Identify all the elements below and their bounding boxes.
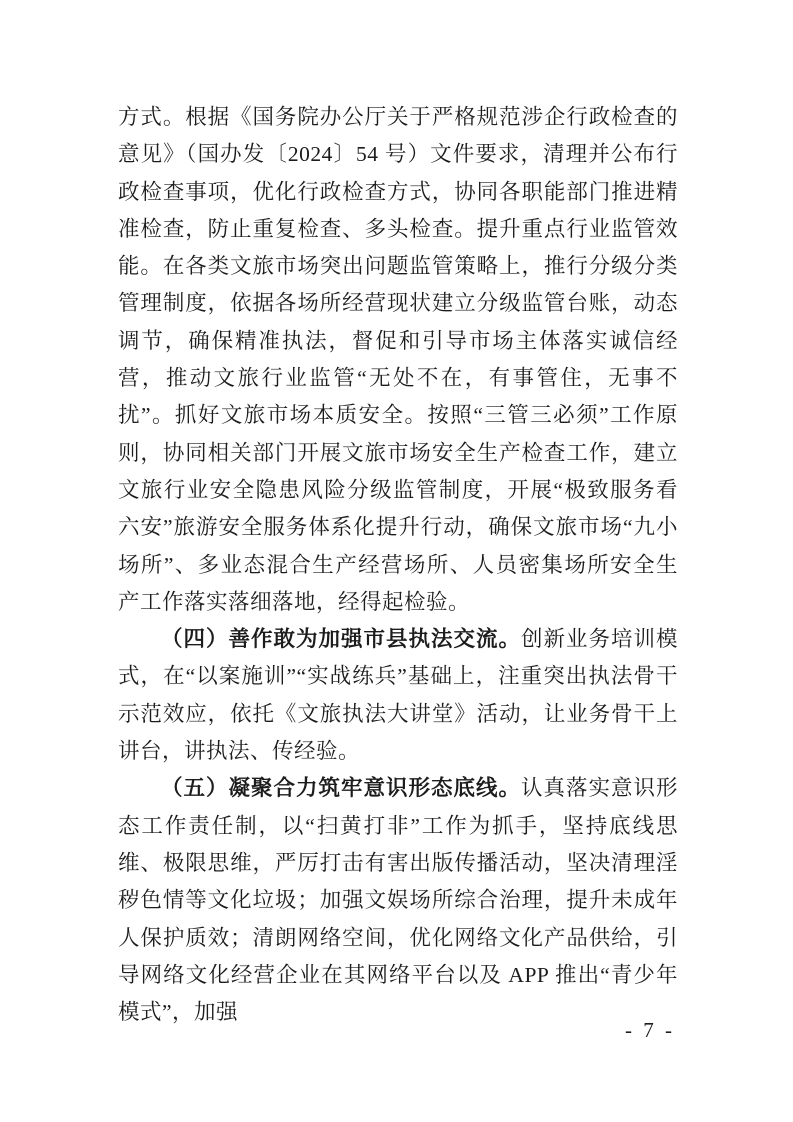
- document-page: 方式。根据《国务院办公厅关于严格规范涉企行政检查的意见》（国办发〔2024〕54…: [0, 0, 793, 1122]
- body-text: 认真落实意识形态工作责任制，以“扫黄打非”工作为抓手，坚持底线思维、极限思维，严…: [118, 776, 678, 1024]
- page-number: - 7 -: [625, 1018, 675, 1043]
- document-body: 方式。根据《国务院办公厅关于严格规范涉企行政检查的意见》（国办发〔2024〕54…: [118, 99, 678, 1031]
- paragraph-2: （四）善作敢为加强市县执法交流。创新业务培训模式，在“以案施训”“实战练兵”基础…: [118, 621, 678, 770]
- body-text: 方式。根据《国务院办公厅关于严格规范涉企行政检查的意见》（国办发〔2024〕54…: [118, 105, 678, 614]
- section-heading-text: （五）凝聚合力筑牢意识形态底线。: [161, 776, 521, 800]
- paragraph-3: （五）凝聚合力筑牢意识形态底线。认真落实意识形态工作责任制，以“扫黄打非”工作为…: [118, 770, 678, 1031]
- section-heading-text: （四）善作敢为加强市县执法交流。: [161, 627, 521, 651]
- paragraph-1: 方式。根据《国务院办公厅关于严格规范涉企行政检查的意见》（国办发〔2024〕54…: [118, 99, 678, 621]
